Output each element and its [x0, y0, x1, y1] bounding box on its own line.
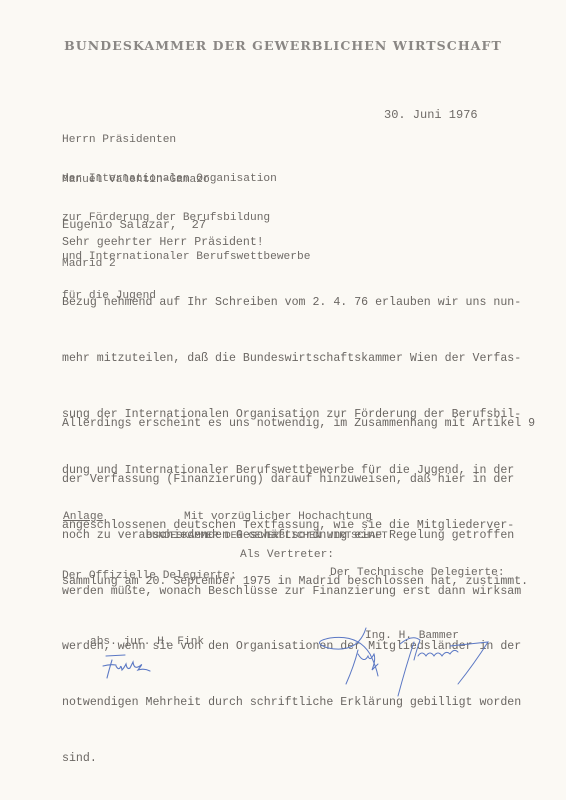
paragraph-line: Allerdings erscheint es uns notwendig, i…: [62, 415, 535, 434]
official-delegate-name: abs. jur. H. Fink: [90, 636, 204, 648]
closing-organization: BUNDESKAMMER DER GEWERBLICHEN WIRTSCHAFT: [146, 530, 387, 542]
closing-greeting: Mit vorzüglicher Hochachtung: [184, 511, 372, 523]
signature-fink: [100, 652, 180, 687]
signature-bammer: [318, 626, 498, 706]
paragraph-line: sind.: [62, 750, 535, 769]
recipient-line: Herrn Präsidenten: [62, 134, 310, 147]
recipient-name: Manuel Valentin-Gamazo: [62, 174, 210, 187]
paragraph-line: Bezug nehmend auf Ihr Schreiben vom 2. 4…: [62, 294, 528, 313]
paragraph-line: werden müßte, wonach Beschlüsse zur Fina…: [62, 583, 535, 602]
body-paragraph-2: Allerdings erscheint es uns notwendig, i…: [62, 378, 535, 787]
paragraph-line: mehr mitzuteilen, daß die Bundeswirtscha…: [62, 350, 528, 369]
letterhead: BUNDESKAMMER DER GEWERBLICHEN WIRTSCHAFT: [0, 38, 566, 53]
paragraph-line: der Verfassung (Finanzierung) darauf hin…: [62, 471, 535, 490]
representative-label: Als Vertreter:: [240, 549, 334, 561]
salutation: Sehr geehrter Herr Präsident!: [62, 236, 264, 249]
letter-date: 30. Juni 1976: [384, 108, 478, 122]
technical-delegate-label: Der Technische Delegierte:: [330, 567, 505, 579]
recipient-street: Eugenio Salazar, 27: [62, 219, 206, 232]
enclosure-label: Anlage: [63, 511, 103, 523]
official-delegate-label: Der Offizielle Delegierte:: [62, 570, 237, 582]
